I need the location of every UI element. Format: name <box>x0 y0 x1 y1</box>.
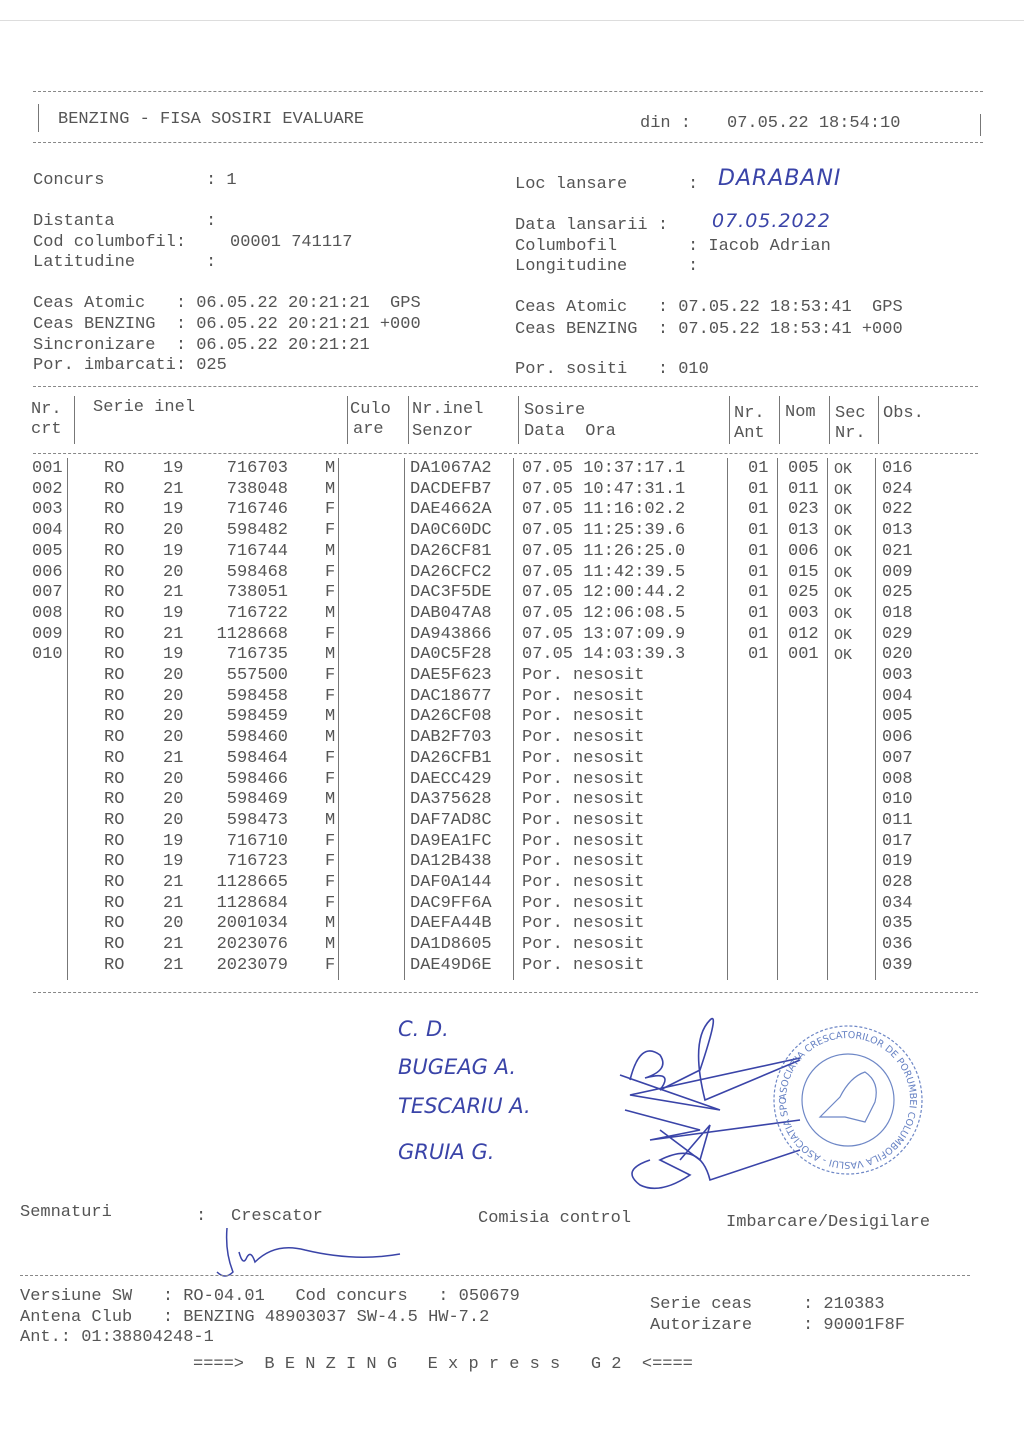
cell-ant: 01 <box>748 604 768 623</box>
col-header-sec: Sec <box>835 404 866 423</box>
cell-sec: OK <box>834 461 852 478</box>
cell-nr: 006 <box>32 563 63 582</box>
cell-obs: 003 <box>882 666 913 685</box>
cell-sec: OK <box>834 585 852 602</box>
cell-nom: 003 <box>788 604 819 623</box>
cell-sex: M <box>325 480 335 499</box>
table-row: RO20557500FDAE5F623Por. nesosit003 <box>0 666 1024 687</box>
concurs-label: Concurs <box>33 171 104 190</box>
cell-sex: F <box>325 687 335 706</box>
serie-ceas: Serie ceas : 210383 <box>650 1295 885 1314</box>
cell-tara: RO <box>104 894 124 913</box>
cell-obs: 016 <box>882 459 913 478</box>
print-date-value: 07.05.22 18:54:10 <box>727 114 900 133</box>
print-date-label: din : <box>640 114 691 133</box>
table-row: RO20598458FDAC18677Por. nesosit004 <box>0 687 1024 708</box>
distanta-value: : <box>206 212 216 231</box>
cell-an: 21 <box>163 625 183 644</box>
cell-inel: 716722 <box>200 604 288 623</box>
antena-club: Antena Club : BENZING 48903037 SW-4.5 HW… <box>20 1308 489 1327</box>
cell-sex: M <box>325 707 335 726</box>
cell-sosire: 07.05 11:16:02.2 <box>522 500 685 519</box>
cell-nom: 012 <box>788 625 819 644</box>
cell-inel: 598460 <box>200 728 288 747</box>
latitudine-value: : <box>206 253 216 272</box>
cell-tara: RO <box>104 852 124 871</box>
header-box-bottom <box>33 142 983 143</box>
header-box-right <box>980 114 981 136</box>
cell-inel: 598458 <box>200 687 288 706</box>
cell-obs: 028 <box>882 873 913 892</box>
cell-senzor: DA26CFB1 <box>410 749 492 768</box>
longitudine-label: Longitudine <box>515 257 627 276</box>
cell-obs: 029 <box>882 625 913 644</box>
cell-an: 21 <box>163 956 183 975</box>
commission-name-3: TESCARIU A. <box>398 1094 531 1118</box>
cell-sex: F <box>325 521 335 540</box>
cell-obs: 004 <box>882 687 913 706</box>
cell-tara: RO <box>104 645 124 664</box>
table-row: 007RO21738051FDAC3F5DE07.05 12:00:44.201… <box>0 583 1024 604</box>
table-row: RO20598473MDAF7AD8CPor. nesosit011 <box>0 811 1024 832</box>
cell-tara: RO <box>104 790 124 809</box>
cell-inel: 1128665 <box>200 873 288 892</box>
cell-obs: 022 <box>882 500 913 519</box>
sincronizare: Sincronizare : 06.05.22 20:21:21 <box>33 336 370 355</box>
cell-inel: 716735 <box>200 645 288 664</box>
cell-sex: M <box>325 542 335 561</box>
cell-obs: 007 <box>882 749 913 768</box>
cell-tara: RO <box>104 583 124 602</box>
cell-nr: 009 <box>32 625 63 644</box>
table-row: RO20598466FDAECC429Por. nesosit008 <box>0 770 1024 791</box>
concurs-value: : 1 <box>206 171 237 190</box>
cell-obs: 018 <box>882 604 913 623</box>
cell-tara: RO <box>104 749 124 768</box>
cell-ant: 01 <box>748 480 768 499</box>
cell-sosire: Por. nesosit <box>522 728 644 747</box>
cell-tara: RO <box>104 687 124 706</box>
cell-nom: 025 <box>788 583 819 602</box>
cell-inel: 716710 <box>200 832 288 851</box>
cell-sec: OK <box>834 523 852 540</box>
cell-inel: 598469 <box>200 790 288 809</box>
ceas-benzing-end: Ceas BENZING : 07.05.22 18:53:41 +000 <box>515 320 903 339</box>
cell-sosire: Por. nesosit <box>522 666 644 685</box>
cell-obs: 019 <box>882 852 913 871</box>
cell-tara: RO <box>104 914 124 933</box>
cell-an: 20 <box>163 728 183 747</box>
cell-senzor: DAE4662A <box>410 500 492 519</box>
cell-nom: 011 <box>788 480 819 499</box>
cell-inel: 2023076 <box>200 935 288 954</box>
cell-tara: RO <box>104 604 124 623</box>
cell-an: 21 <box>163 480 183 499</box>
col-header-senzor: Nr.inel <box>412 400 483 419</box>
ceas-atomic-end: Ceas Atomic : 07.05.22 18:53:41 GPS <box>515 298 903 317</box>
cell-nr: 002 <box>32 480 63 499</box>
cell-obs: 024 <box>882 480 913 499</box>
cell-sosire: 07.05 11:42:39.5 <box>522 563 685 582</box>
cell-tara: RO <box>104 873 124 892</box>
cell-an: 20 <box>163 563 183 582</box>
table-row: 005RO19716744MDA26CF8107.05 11:26:25.001… <box>0 542 1024 563</box>
table-row: RO19716723FDA12B438Por. nesosit019 <box>0 852 1024 873</box>
cell-sex: M <box>325 604 335 623</box>
cell-obs: 008 <box>882 770 913 789</box>
table-row: RO20598460MDAB2F703Por. nesosit006 <box>0 728 1024 749</box>
cell-inel: 598482 <box>200 521 288 540</box>
cell-senzor: DA1D8605 <box>410 935 492 954</box>
cell-an: 20 <box>163 707 183 726</box>
cell-sex: M <box>325 935 335 954</box>
cell-sosire: Por. nesosit <box>522 935 644 954</box>
col-header-nom: Nom <box>785 403 816 422</box>
cell-sosire: 07.05 14:03:39.3 <box>522 645 685 664</box>
cell-sex: F <box>325 583 335 602</box>
cell-an: 19 <box>163 852 183 871</box>
cell-an: 21 <box>163 749 183 768</box>
header-box-left <box>38 104 39 132</box>
cell-nom: 001 <box>788 645 819 664</box>
cell-senzor: DA9EA1FC <box>410 832 492 851</box>
cell-tara: RO <box>104 563 124 582</box>
cell-senzor: DAC9FF6A <box>410 894 492 913</box>
cell-nom: 005 <box>788 459 819 478</box>
cell-inel: 598459 <box>200 707 288 726</box>
col-header-sec-2: Nr. <box>835 424 866 443</box>
header-box-top <box>33 91 983 92</box>
cell-an: 19 <box>163 542 183 561</box>
cell-ant: 01 <box>748 645 768 664</box>
cell-obs: 034 <box>882 894 913 913</box>
commission-name-1: C. D. <box>398 1017 449 1041</box>
cell-obs: 020 <box>882 645 913 664</box>
commission-name-2: BUGEAG A. <box>398 1055 516 1079</box>
cell-sec: OK <box>834 647 852 664</box>
cell-sosire: 07.05 12:00:44.2 <box>522 583 685 602</box>
cell-senzor: DAB2F703 <box>410 728 492 747</box>
semnaturi-label: Semnaturi <box>20 1203 112 1222</box>
cell-sex: F <box>325 625 335 644</box>
table-row: RO211128665FDAF0A144Por. nesosit028 <box>0 873 1024 894</box>
cell-inel: 716703 <box>200 459 288 478</box>
cell-obs: 035 <box>882 914 913 933</box>
cell-sex: M <box>325 914 335 933</box>
comisia-control-label: Comisia control <box>478 1209 631 1228</box>
cell-senzor: DA12B438 <box>410 852 492 871</box>
cell-senzor: DA1067A2 <box>410 459 492 478</box>
cell-inel: 716723 <box>200 852 288 871</box>
col-header-ant-2: Ant <box>734 424 765 443</box>
cell-ant: 01 <box>748 583 768 602</box>
cell-obs: 025 <box>882 583 913 602</box>
cell-tara: RO <box>104 480 124 499</box>
cell-obs: 009 <box>882 563 913 582</box>
data-lansarii-label: Data lansarii : <box>515 216 668 235</box>
cell-sosire: Por. nesosit <box>522 956 644 975</box>
antena-id: Ant.: 01:38804248-1 <box>20 1328 214 1347</box>
cell-nr: 005 <box>32 542 63 561</box>
cell-ant: 01 <box>748 563 768 582</box>
page-edge <box>0 20 1024 21</box>
table-row: RO21598464FDA26CFB1Por. nesosit007 <box>0 749 1024 770</box>
porumbei-imbarcati: Por. imbarcati: 025 <box>33 356 227 375</box>
loc-lansare-label: Loc lansare <box>515 175 627 194</box>
cod-columbofil-label: Cod columbofil: <box>33 233 186 252</box>
cell-inel: 1128668 <box>200 625 288 644</box>
cell-inel: 2001034 <box>200 914 288 933</box>
cell-inel: 598468 <box>200 563 288 582</box>
versiune-sw: Versiune SW : RO-04.01 Cod concurs : 050… <box>20 1287 520 1306</box>
cell-sex: M <box>325 728 335 747</box>
cell-tara: RO <box>104 521 124 540</box>
col-header-serie: Serie inel <box>93 398 195 417</box>
cell-senzor: DA26CF08 <box>410 707 492 726</box>
cell-sosire: Por. nesosit <box>522 707 644 726</box>
table-row: 009RO211128668FDA94386607.05 13:07:09.90… <box>0 625 1024 646</box>
cell-sosire: 07.05 10:47:31.1 <box>522 480 685 499</box>
document-title: BENZING - FISA SOSIRI EVALUARE <box>58 110 364 129</box>
cell-tara: RO <box>104 542 124 561</box>
cell-senzor: DAF7AD8C <box>410 811 492 830</box>
table-row: RO202001034MDAEFA44BPor. nesosit035 <box>0 914 1024 935</box>
cell-sec: OK <box>834 606 852 623</box>
cell-obs: 010 <box>882 790 913 809</box>
cell-obs: 005 <box>882 707 913 726</box>
cell-sex: M <box>325 790 335 809</box>
table-row: RO211128684FDAC9FF6APor. nesosit034 <box>0 894 1024 915</box>
crescator-signature <box>205 1222 405 1282</box>
cell-tara: RO <box>104 707 124 726</box>
cell-inel: 716744 <box>200 542 288 561</box>
col-header-culoare-2: are <box>353 420 384 439</box>
cell-tara: RO <box>104 935 124 954</box>
cell-ant: 01 <box>748 459 768 478</box>
cell-senzor: DACDEFB7 <box>410 480 492 499</box>
cell-obs: 017 <box>882 832 913 851</box>
cell-sosire: Por. nesosit <box>522 914 644 933</box>
col-header-sosire-2: Data Ora <box>524 422 616 441</box>
cell-senzor: DA26CF81 <box>410 542 492 561</box>
cell-senzor: DA375628 <box>410 790 492 809</box>
cell-senzor: DAE49D6E <box>410 956 492 975</box>
cell-tara: RO <box>104 666 124 685</box>
cell-an: 19 <box>163 832 183 851</box>
cell-senzor: DAC18677 <box>410 687 492 706</box>
cell-senzor: DA0C5F28 <box>410 645 492 664</box>
cell-sex: F <box>325 832 335 851</box>
cell-sec: OK <box>834 482 852 499</box>
imbarcare-label: Imbarcare/Desigilare <box>726 1213 930 1232</box>
col-header-ant: Nr. <box>734 404 765 423</box>
cell-inel: 598473 <box>200 811 288 830</box>
cell-obs: 011 <box>882 811 913 830</box>
footer-rule <box>20 1275 970 1276</box>
cell-sex: M <box>325 459 335 478</box>
porumbei-sositi: Por. sositi : 010 <box>515 360 709 379</box>
table-row: RO19716710FDA9EA1FCPor. nesosit017 <box>0 832 1024 853</box>
cell-obs: 021 <box>882 542 913 561</box>
cell-sosire: 07.05 12:06:08.5 <box>522 604 685 623</box>
table-row: 006RO20598468FDA26CFC207.05 11:42:39.501… <box>0 563 1024 584</box>
cell-sosire: Por. nesosit <box>522 687 644 706</box>
cell-obs: 039 <box>882 956 913 975</box>
cell-tara: RO <box>104 956 124 975</box>
cell-sex: F <box>325 563 335 582</box>
cell-sec: OK <box>834 502 852 519</box>
association-stamp: ASOCIATIA CRESCATORILOR DE PORUMBEI COLU… <box>770 1022 926 1178</box>
cell-senzor: DAF0A144 <box>410 873 492 892</box>
cell-an: 19 <box>163 645 183 664</box>
cell-tara: RO <box>104 832 124 851</box>
cell-senzor: DAECC429 <box>410 770 492 789</box>
cell-senzor: DAEFA44B <box>410 914 492 933</box>
data-lansarii-handwritten: 07.05.2022 <box>712 210 831 232</box>
cell-inel: 2023079 <box>200 956 288 975</box>
cell-sex: M <box>325 811 335 830</box>
cell-sex: F <box>325 666 335 685</box>
cell-senzor: DAE5F623 <box>410 666 492 685</box>
cell-an: 21 <box>163 894 183 913</box>
cell-an: 19 <box>163 604 183 623</box>
cell-obs: 013 <box>882 521 913 540</box>
cell-tara: RO <box>104 500 124 519</box>
cell-sex: F <box>325 852 335 871</box>
col-header-obs: Obs. <box>883 404 924 423</box>
table-row: 010RO19716735MDA0C5F2807.05 14:03:39.301… <box>0 645 1024 666</box>
cell-an: 20 <box>163 521 183 540</box>
cell-ant: 01 <box>748 521 768 540</box>
cell-an: 19 <box>163 500 183 519</box>
cell-sosire: 07.05 11:25:39.6 <box>522 521 685 540</box>
cell-tara: RO <box>104 728 124 747</box>
cell-an: 20 <box>163 666 183 685</box>
cell-nom: 013 <box>788 521 819 540</box>
columbofil-value: : Iacob Adrian <box>688 237 831 256</box>
cell-inel: 598466 <box>200 770 288 789</box>
cell-sosire: Por. nesosit <box>522 873 644 892</box>
cell-sex: M <box>325 645 335 664</box>
cell-an: 20 <box>163 914 183 933</box>
cell-sex: F <box>325 770 335 789</box>
cell-an: 21 <box>163 583 183 602</box>
cell-sex: F <box>325 894 335 913</box>
cell-sec: OK <box>834 565 852 582</box>
col-header-crt: crt <box>31 420 62 439</box>
cell-sosire: Por. nesosit <box>522 749 644 768</box>
cell-inel: 557500 <box>200 666 288 685</box>
cell-obs: 006 <box>882 728 913 747</box>
cell-ant: 01 <box>748 500 768 519</box>
cod-columbofil-value: 00001 741117 <box>230 233 352 252</box>
cell-nom: 006 <box>788 542 819 561</box>
cell-sosire: 07.05 11:26:25.0 <box>522 542 685 561</box>
cell-sec: OK <box>834 544 852 561</box>
cell-sex: F <box>325 500 335 519</box>
benzing-brand: ====> B E N Z I N G E x p r e s s G 2 <=… <box>193 1355 693 1374</box>
cell-inel: 1128684 <box>200 894 288 913</box>
table-row: 003RO19716746FDAE4662A07.05 11:16:02.201… <box>0 500 1024 521</box>
table-row: RO20598459MDA26CF08Por. nesosit005 <box>0 707 1024 728</box>
cell-senzor: DAC3F5DE <box>410 583 492 602</box>
distanta-label: Distanta <box>33 212 115 231</box>
cell-inel: 738048 <box>200 480 288 499</box>
cell-tara: RO <box>104 625 124 644</box>
cell-sosire: Por. nesosit <box>522 852 644 871</box>
cell-tara: RO <box>104 459 124 478</box>
cell-nr: 008 <box>32 604 63 623</box>
cell-sex: F <box>325 956 335 975</box>
cell-an: 20 <box>163 770 183 789</box>
col-header-nr: Nr. <box>31 400 62 419</box>
col-header-sosire: Sosire <box>524 401 585 420</box>
cell-senzor: DAB047A8 <box>410 604 492 623</box>
cell-nr: 001 <box>32 459 63 478</box>
table-header-rule <box>33 453 978 454</box>
table-top-rule <box>33 386 978 387</box>
col-header-culoare: Culo <box>350 400 391 419</box>
cell-sosire: Por. nesosit <box>522 770 644 789</box>
cell-sex: F <box>325 873 335 892</box>
table-row: 004RO20598482FDA0C60DC07.05 11:25:39.601… <box>0 521 1024 542</box>
table-row: RO20598469MDA375628Por. nesosit010 <box>0 790 1024 811</box>
cell-nom: 023 <box>788 500 819 519</box>
ceas-atomic-start: Ceas Atomic : 06.05.22 20:21:21 GPS <box>33 294 421 313</box>
table-bottom-rule <box>33 992 978 993</box>
table-row: 002RO21738048MDACDEFB707.05 10:47:31.101… <box>0 480 1024 501</box>
longitudine-value: : <box>688 257 698 276</box>
col-header-senzor-2: Senzor <box>412 422 473 441</box>
cell-nr: 003 <box>32 500 63 519</box>
cell-nr: 010 <box>32 645 63 664</box>
cell-inel: 598464 <box>200 749 288 768</box>
latitudine-label: Latitudine <box>33 253 135 272</box>
cell-sosire: Por. nesosit <box>522 790 644 809</box>
cell-sosire: Por. nesosit <box>522 894 644 913</box>
table-row: RO212023079FDAE49D6EPor. nesosit039 <box>0 956 1024 977</box>
cell-an: 19 <box>163 459 183 478</box>
cell-an: 21 <box>163 873 183 892</box>
loc-lansare-handwritten: DARABANI <box>718 166 841 191</box>
cell-an: 20 <box>163 811 183 830</box>
cell-an: 20 <box>163 687 183 706</box>
table-row: 008RO19716722MDAB047A807.05 12:06:08.501… <box>0 604 1024 625</box>
cell-an: 21 <box>163 935 183 954</box>
columbofil-label: Columbofil <box>515 237 617 256</box>
cell-sosire: 07.05 13:07:09.9 <box>522 625 685 644</box>
cell-sec: OK <box>834 627 852 644</box>
cell-ant: 01 <box>748 542 768 561</box>
cell-nom: 015 <box>788 563 819 582</box>
table-row: 001RO19716703MDA1067A207.05 10:37:17.101… <box>0 459 1024 480</box>
cell-tara: RO <box>104 811 124 830</box>
cell-sex: F <box>325 749 335 768</box>
cell-inel: 716746 <box>200 500 288 519</box>
cell-senzor: DA943866 <box>410 625 492 644</box>
cell-an: 20 <box>163 790 183 809</box>
cell-tara: RO <box>104 770 124 789</box>
cell-ant: 01 <box>748 625 768 644</box>
cell-obs: 036 <box>882 935 913 954</box>
cell-senzor: DA26CFC2 <box>410 563 492 582</box>
cell-nr: 007 <box>32 583 63 602</box>
cell-senzor: DA0C60DC <box>410 521 492 540</box>
cell-sosire: 07.05 10:37:17.1 <box>522 459 685 478</box>
cell-sosire: Por. nesosit <box>522 832 644 851</box>
autorizare: Autorizare : 90001F8F <box>650 1316 905 1335</box>
cell-sosire: Por. nesosit <box>522 811 644 830</box>
